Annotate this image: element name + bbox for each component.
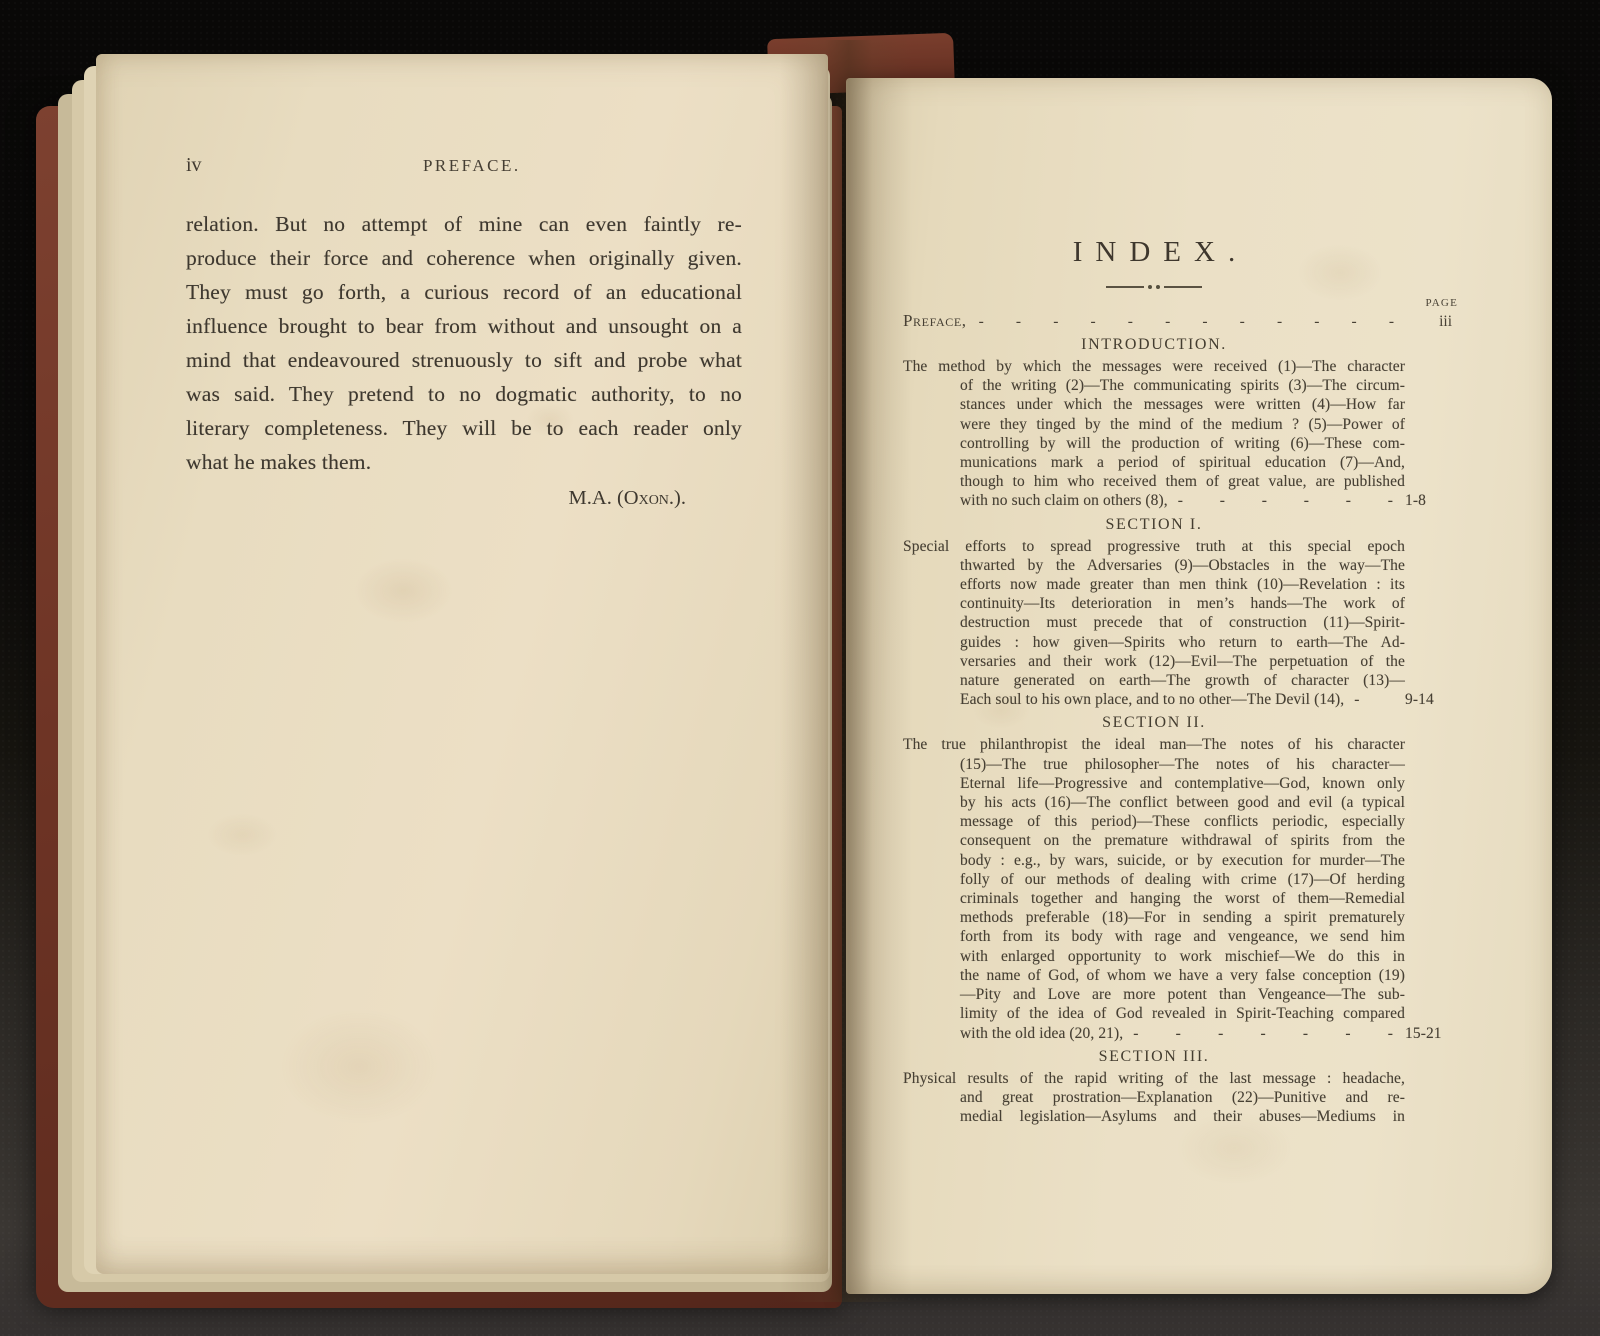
author-signature: M.A. (Oxon.). bbox=[96, 487, 742, 510]
index-section-introduction: INTRODUCTION. The method by which the me… bbox=[903, 336, 1506, 511]
paragraph-line: what he makes them. bbox=[186, 445, 742, 479]
paragraph-line: influence brought to bear from without a… bbox=[186, 309, 742, 343]
right-page: INDEX. PAGE Preface, - - - - - - - - - -… bbox=[846, 78, 1552, 1294]
section-heading: SECTION III. bbox=[903, 1048, 1405, 1066]
index-title: INDEX. bbox=[903, 236, 1405, 269]
rule-dot bbox=[1148, 285, 1152, 289]
entry-line: and great prostration—Explanation (22)—P… bbox=[903, 1088, 1458, 1107]
section-entry: Special efforts to spread progressive tr… bbox=[903, 537, 1506, 710]
left-page-number: iv bbox=[186, 154, 202, 177]
entry-line: of the writing (2)—The communicating spi… bbox=[903, 376, 1458, 395]
entry-line: though to him who received them of great… bbox=[903, 472, 1458, 491]
entry-line: (15)—The true philosopher—The notes of h… bbox=[903, 755, 1458, 774]
page-ref: 9-14 bbox=[1405, 690, 1458, 709]
entry-line: forth from its body with rage and vengea… bbox=[903, 927, 1458, 946]
entry-line: efforts now made greater than men think … bbox=[903, 575, 1458, 594]
leader-dashes: - - - - - - bbox=[1178, 491, 1393, 510]
entry-line: continuity—Its deterioration in men’s ha… bbox=[903, 594, 1458, 613]
paragraph-line: They must go forth, a curious record of … bbox=[186, 275, 742, 309]
section-entry: Physical results of the rapid writing of… bbox=[903, 1069, 1506, 1127]
section-heading: SECTION II. bbox=[903, 714, 1405, 732]
entry-line: with the old idea (20, 21), bbox=[960, 1024, 1123, 1043]
leader-dashes: - - - - - - - - - - - - bbox=[979, 313, 1394, 331]
paragraph-line: was said. They pretend to no dogmatic au… bbox=[186, 377, 742, 411]
running-header: PREFACE. bbox=[202, 156, 742, 176]
entry-line: Each soul to his own place, and to no ot… bbox=[960, 690, 1344, 709]
preface-paragraph: relation. But no attempt of mine can eve… bbox=[186, 207, 742, 479]
left-page-header: iv PREFACE. bbox=[186, 154, 742, 177]
entry-line: criminals together and hanging the worst… bbox=[903, 889, 1458, 908]
leader-dashes: - bbox=[1354, 690, 1393, 709]
section-entry: The method by which the messages were re… bbox=[903, 357, 1506, 511]
left-page: iv PREFACE. relation. But no attempt of … bbox=[96, 54, 828, 1274]
section-entry: The true philanthropist the ideal man—Th… bbox=[903, 735, 1506, 1042]
paragraph-line: relation. But no attempt of mine can eve… bbox=[186, 207, 742, 241]
photo-backdrop: iv PREFACE. relation. But no attempt of … bbox=[0, 0, 1600, 1336]
rule-dot bbox=[1156, 285, 1160, 289]
page-ref: 15-21 bbox=[1405, 1024, 1458, 1043]
entry-line: limity of the idea of God revealed in Sp… bbox=[903, 1004, 1458, 1023]
entry-line: by his acts (16)—The conflict between go… bbox=[903, 793, 1458, 812]
entry-label: Preface, bbox=[903, 311, 967, 331]
entry-line: munications mark a period of spiritual e… bbox=[903, 453, 1458, 472]
section-heading: INTRODUCTION. bbox=[903, 336, 1405, 354]
entry-line: message of this period)—These conflicts … bbox=[903, 812, 1458, 831]
entry-line: the name of God, of whom we have a very … bbox=[903, 966, 1458, 985]
index-entry-preface: Preface, - - - - - - - - - - - - iii bbox=[903, 311, 1458, 331]
paragraph-line: mind that endeavoured strenuously to sif… bbox=[186, 343, 742, 377]
entry-line: guides : how given—Spirits who return to… bbox=[903, 633, 1458, 652]
entry-line: Eternal life—Progressive and contemplati… bbox=[903, 774, 1458, 793]
entry-line: methods preferable (18)—For in sending a… bbox=[903, 908, 1458, 927]
entry-line: stances under which the messages were wr… bbox=[903, 395, 1458, 414]
index-section-2: SECTION II. The true philanthropist the … bbox=[903, 714, 1506, 1042]
entry-line: destruction must precede that of constru… bbox=[903, 613, 1458, 632]
rule-bar bbox=[1106, 286, 1144, 288]
entry-line: with no such claim on others (8), bbox=[960, 491, 1168, 510]
double-dot-rule-icon bbox=[903, 283, 1405, 291]
entry-line: controlling by will the production of wr… bbox=[903, 434, 1458, 453]
entry-line: folly of our methods of dealing with cri… bbox=[903, 870, 1458, 889]
entry-line: consequent on the premature withdrawal o… bbox=[903, 831, 1458, 850]
page-ref: iii bbox=[1410, 313, 1458, 331]
entry-line: Special efforts to spread progressive tr… bbox=[903, 537, 1458, 556]
entry-last-line: with no such claim on others (8), - - - … bbox=[903, 491, 1458, 510]
entry-line: medial legislation—Asylums and their abu… bbox=[903, 1107, 1458, 1126]
entry-line: —Pity and Love are more potent than Veng… bbox=[903, 985, 1458, 1004]
paragraph-line: produce their force and coherence when o… bbox=[186, 241, 742, 275]
entry-line: with enlarged opportunity to work mischi… bbox=[903, 947, 1458, 966]
entry-line: versaries and their work (12)—Evil—The p… bbox=[903, 652, 1458, 671]
entry-line: The method by which the messages were re… bbox=[903, 357, 1458, 376]
page-ref: 1-8 bbox=[1405, 491, 1458, 510]
entry-line: Physical results of the rapid writing of… bbox=[903, 1069, 1458, 1088]
entry-line: body : e.g., by wars, suicide, or by exe… bbox=[903, 851, 1458, 870]
entry-last-line: with the old idea (20, 21), - - - - - - … bbox=[903, 1024, 1458, 1043]
entry-last-line: Each soul to his own place, and to no ot… bbox=[903, 690, 1458, 709]
page-column-label: PAGE bbox=[903, 297, 1458, 309]
entry-line: The true philanthropist the ideal man—Th… bbox=[903, 735, 1458, 754]
entry-line: nature generated on earth—The growth of … bbox=[903, 671, 1458, 690]
index-section-1: SECTION I. Special efforts to spread pro… bbox=[903, 516, 1506, 710]
index-content: INDEX. PAGE Preface, - - - - - - - - - -… bbox=[846, 78, 1506, 1126]
open-book: iv PREFACE. relation. But no attempt of … bbox=[0, 0, 1600, 1336]
paragraph-line: literary completeness. They will be to e… bbox=[186, 411, 742, 445]
entry-line: were they tinged by the mind of the medi… bbox=[903, 415, 1458, 434]
index-section-3: SECTION III. Physical results of the rap… bbox=[903, 1048, 1506, 1127]
rule-bar bbox=[1164, 286, 1202, 288]
section-heading: SECTION I. bbox=[903, 516, 1405, 534]
entry-line: thwarted by the Adversaries (9)—Obstacle… bbox=[903, 556, 1458, 575]
leader-dashes: - - - - - - - bbox=[1133, 1024, 1393, 1043]
